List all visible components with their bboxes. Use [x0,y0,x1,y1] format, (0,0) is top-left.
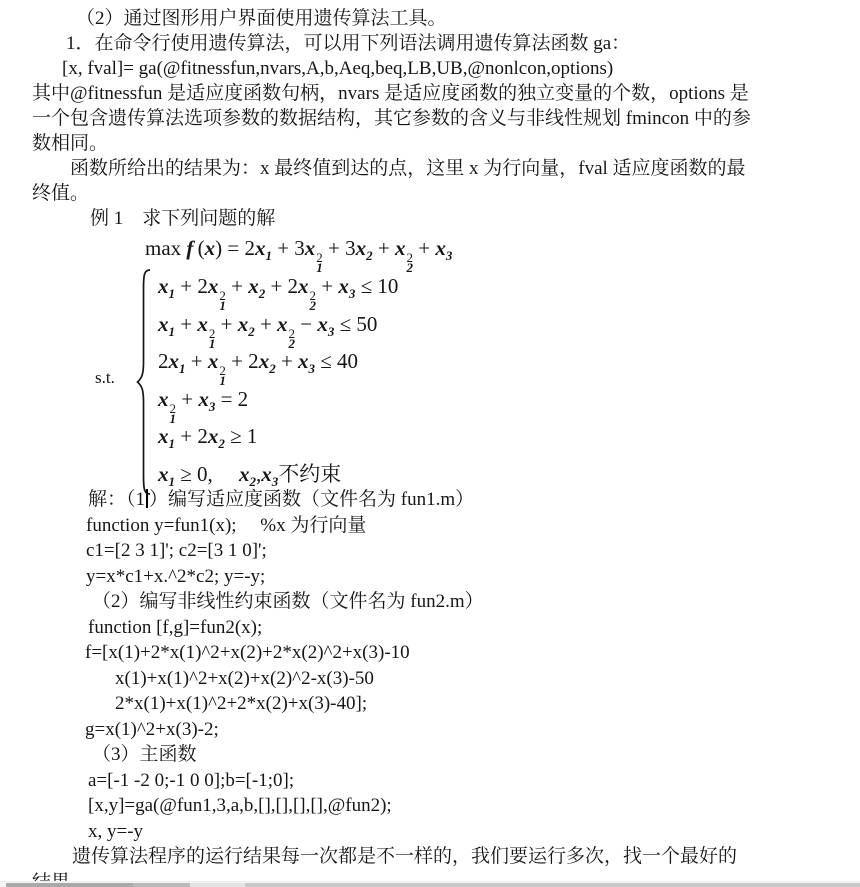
constraint-row[interactable]: x1 + x21 + x2 + x22 − x3 ≤ 50 [158,306,398,344]
text-line[interactable]: 函数所给出的结果为：x 最终值到达的点，这里 x 为行向量，fval 适应度函数… [32,156,824,181]
text-line[interactable]: 遗传算法程序的运行结果每一次都是不一样的，我们要运行多次，找一个最好的 [32,844,860,870]
constraint-row[interactable]: 2x1 + x21 + 2x2 + x3 ≤ 40 [158,343,398,381]
text-line[interactable]: [x, fval]= ga(@fitnessfun,nvars,A,b,Aeq,… [32,56,824,81]
solution-step3-line[interactable]: （3）主函数 [32,742,860,768]
constraint-list: x1 + 2x21 + x2 + 2x22 + x3 ≤ 10 x1 + x21… [158,268,398,493]
scrollbar-segment[interactable] [190,883,245,887]
constraint-row[interactable]: x1 + 2x21 + x2 + 2x22 + x3 ≤ 10 [158,268,398,306]
left-brace-icon [136,268,154,496]
text-line[interactable]: 其中@fitnessfun 是适应度函数句柄，nvars 是适应度函数的独立变量… [32,81,824,106]
code-line[interactable]: a=[-1 -2 0;-1 0 0];b=[-1;0]; [32,768,860,794]
code-line[interactable]: c1=[2 3 1]'; c2=[3 1 0]'; [32,538,860,564]
solution-section: 解：（1）编写适应度函数（文件名为 fun1.m） function y=fun… [32,487,860,887]
example-heading[interactable]: 例 1 求下列问题的解 [32,206,824,231]
step1-suffix: ）编写适应度函数（文件名为 fun1.m） [149,489,474,510]
text-line[interactable]: 一个包含遗传算法选项参数的数据结构，其它参数的含义与非线性规划 fmincon … [32,106,824,131]
code-line[interactable]: g=x(1)^2+x(3)-2; [32,717,860,743]
text-line[interactable]: （2）通过图形用户界面使用遗传算法工具。 [32,6,824,31]
code-line[interactable]: x(1)+x(1)^2+x(2)+x(2)^2-x(3)-50 [32,666,860,692]
text-line[interactable]: 1．在命令行使用遗传算法，可以用下列语法调用遗传算法函数 ga： [32,31,824,56]
st-label: s.t. [95,368,115,388]
scrollbar-segment[interactable] [133,883,190,887]
document-page[interactable]: （2）通过图形用户界面使用遗传算法工具。 1．在命令行使用遗传算法，可以用下列语… [0,0,860,887]
code-line[interactable]: 2*x(1)+x(1)^2+2*x(2)+x(3)-40]; [32,691,860,717]
code-line[interactable]: x, y=-y [32,819,860,845]
scrollbar-segment[interactable] [6,883,133,887]
objective-formula[interactable]: max f (x) = 2x1 + 3x21 + 3x2 + x22 + x3 [145,231,452,273]
code-line[interactable]: f=[x(1)+2*x(1)^2+x(2)+2*x(2)^2+x(3)-10 [32,640,860,666]
constraint-row[interactable]: x21 + x3 = 2 [158,381,398,419]
horizontal-scrollbar[interactable] [0,881,860,887]
solution-step1-line[interactable]: 解：（1）编写适应度函数（文件名为 fun1.m） [32,487,860,513]
step1-prefix: 解：（1 [88,489,145,510]
scrollbar-segment[interactable] [245,883,860,887]
constraint-row[interactable]: x1 + 2x2 ≥ 1 [158,418,398,456]
code-line[interactable]: y=x*c1+x.^2*c2; y=-y; [32,564,860,590]
solution-step2-line[interactable]: （2）编写非线性约束函数（文件名为 fun2.m） [32,589,860,615]
text-cursor [146,489,148,508]
code-line[interactable]: function [f,g]=fun2(x); [32,615,860,641]
code-line[interactable]: [x,y]=ga(@fun1,3,a,b,[],[],[],[],@fun2); [32,793,860,819]
text-line[interactable]: 终值。 [32,181,824,206]
text-line[interactable]: 数相同。 [32,131,824,156]
code-line[interactable]: function y=fun1(x); %x 为行向量 [32,513,860,539]
intro-section: （2）通过图形用户界面使用遗传算法工具。 1．在命令行使用遗传算法，可以用下列语… [32,6,824,231]
constraints-block: s.t. x1 + 2x21 + x2 + 2x22 + x3 ≤ 10 x1 … [0,268,860,498]
